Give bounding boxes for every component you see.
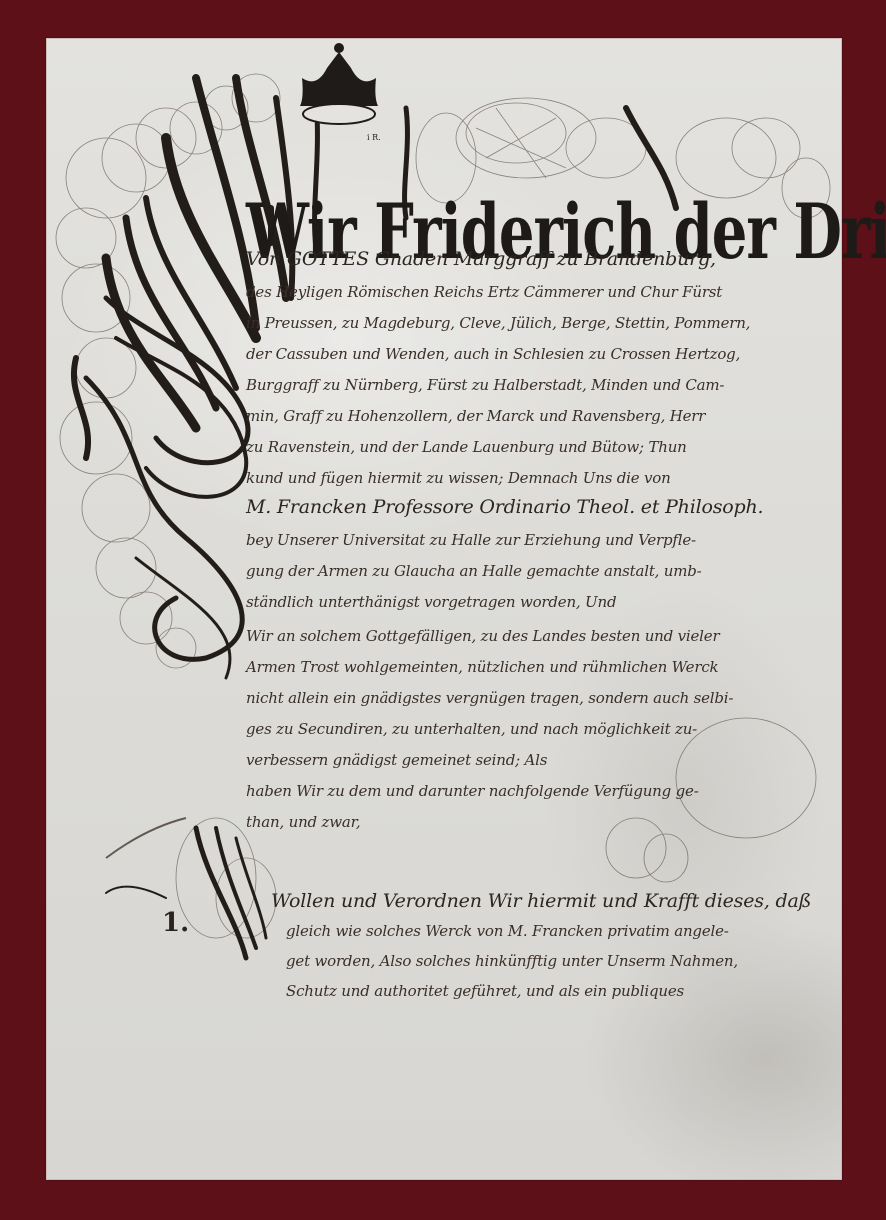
preamble-line: in Preussen, zu Magdeburg, Cleve, Jülich…	[246, 314, 750, 332]
preamble-line: gung der Armen zu Glaucha an Halle gemac…	[246, 562, 702, 580]
manuscript-page: i R. Wir Friderich der Dritte, Von GOTTE…	[46, 38, 842, 1180]
preamble-line: Wir an solchem Gottgefälligen, zu des La…	[246, 627, 719, 645]
preamble-line: der Cassuben und Wenden, auch in Schlesi…	[246, 345, 740, 363]
preamble-line: ständlich unterthänigst vorgetragen word…	[246, 593, 616, 611]
section-line: gleich wie solches Werck von M. Francken…	[286, 922, 729, 940]
preamble-line: M. Francken Professore Ordinario Theol. …	[246, 496, 763, 518]
crown-monogram: i R.	[367, 133, 381, 142]
preamble-line: Von GOTTES Gnaden Marggraff zu Brandenbu…	[246, 248, 716, 270]
preamble-line: min, Graff zu Hohenzollern, der Marck un…	[246, 407, 705, 425]
section-line: Wollen und Verordnen Wir hiermit und Kra…	[271, 890, 811, 912]
preamble-line: than, und zwar,	[246, 813, 361, 831]
section-line: get worden, Also solches hinkünfftig unt…	[286, 952, 738, 970]
preamble-line: des Heyligen Römischen Reichs Ertz Cämme…	[246, 283, 722, 301]
preamble-line: verbessern gnädigst gemeinet seind; Als	[246, 751, 547, 769]
crown-emblem	[300, 43, 378, 124]
section-line: Schutz und authoritet geführet, und als …	[286, 982, 684, 1000]
preamble-line: Armen Trost wohlgemeinten, nützlichen un…	[246, 658, 718, 676]
preamble-line: nicht allein ein gnädigstes vergnügen tr…	[246, 689, 733, 707]
preamble-line: kund und fügen hiermit zu wissen; Demnac…	[246, 469, 671, 487]
preamble-line: bey Unserer Universitat zu Halle zur Erz…	[246, 531, 696, 549]
section-number: 1.	[162, 908, 189, 938]
preamble-line: haben Wir zu dem und darunter nachfolgen…	[246, 782, 699, 800]
preamble-line: zu Ravenstein, und der Lande Lauenburg u…	[246, 438, 687, 456]
preamble-line: ges zu Secundiren, zu unterhalten, und n…	[246, 720, 697, 738]
preamble-line: Burggraff zu Nürnberg, Fürst zu Halberst…	[246, 376, 724, 394]
